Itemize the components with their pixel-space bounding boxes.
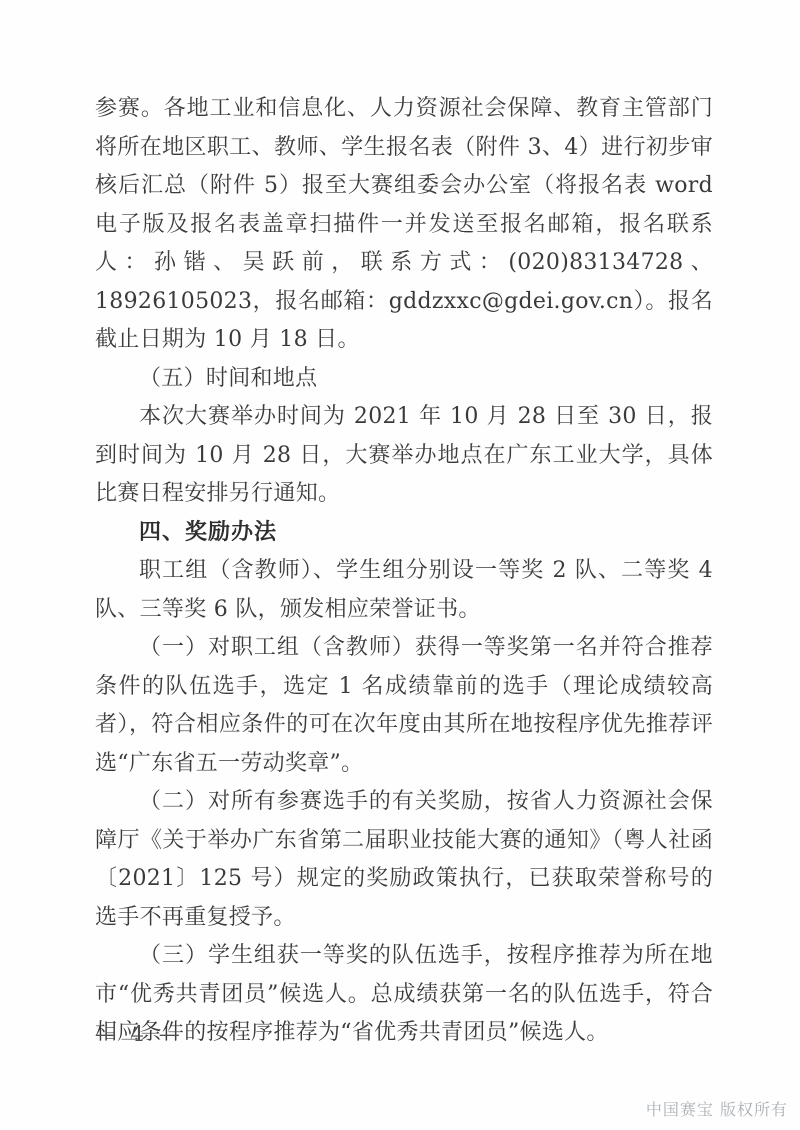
paragraph-event-schedule: 本次大赛举办时间为 2021 年 10 月 28 日至 30 日，报到时间为 1… [95, 398, 713, 514]
subsection-heading-time-place: （五）时间和地点 [95, 360, 713, 399]
page-number: — 4 — [95, 1022, 184, 1046]
section-heading-awards: 四、奖励办法 [95, 514, 713, 553]
paragraph-registration-continuation: 参赛。各地工业和信息化、人力资源社会保障、教育主管部门将所在地区职工、教师、学生… [95, 90, 713, 360]
paragraph-award-tiers: 职工组（含教师）、学生组分别设一等奖 2 队、二等奖 4 队、三等奖 6 队，颁… [95, 552, 713, 629]
document-page: 参赛。各地工业和信息化、人力资源社会保障、教育主管部门将所在地区职工、教师、学生… [0, 0, 800, 1130]
paragraph-award-item-3: （三）学生组获一等奖的队伍选手，按程序推荐为所在地市“优秀共青团员”候选人。总成… [95, 937, 713, 1053]
paragraph-award-item-2: （二）对所有参赛选手的有关奖励，按省人力资源社会保障厅《关于举办广东省第二届职业… [95, 783, 713, 937]
paragraph-award-item-1: （一）对职工组（含教师）获得一等奖第一名并符合推荐条件的队伍选手，选定 1 名成… [95, 629, 713, 783]
copyright-watermark: 中国赛宝 版权所有 [646, 1097, 788, 1120]
document-body: 参赛。各地工业和信息化、人力资源社会保障、教育主管部门将所在地区职工、教师、学生… [95, 90, 713, 1053]
